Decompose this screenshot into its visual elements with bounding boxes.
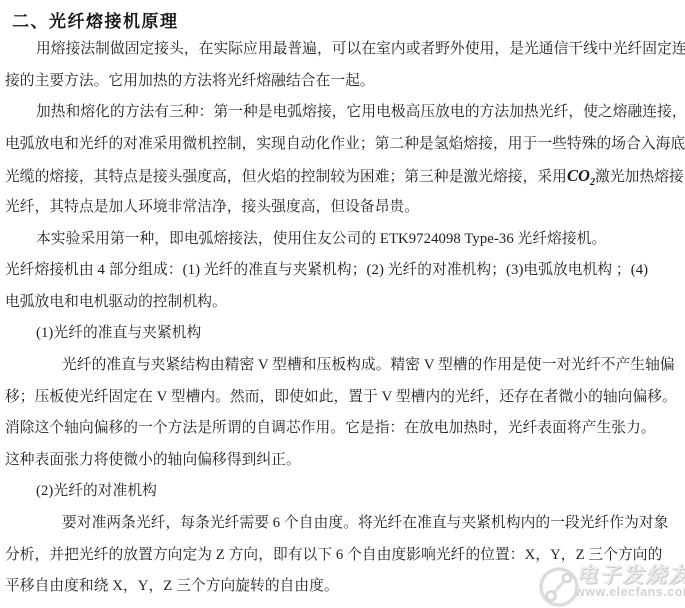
text-line: 移；压板使光纤固定在 V 型槽内。然而，即使如此，置于 V 型槽内的光纤，还存在… — [5, 382, 685, 414]
text-line: 这种表面张力将使微小的轴向偏移得到纠正。 — [5, 445, 685, 477]
document-heading: 二、光纤熔接机原理 — [12, 7, 179, 32]
text-line: 分析，并把光纤的放置方向定为 Z 方向，即有以下 6 个自由度影响光纤的位置：X… — [5, 540, 685, 572]
formula-pre-text: 光缆的熔接，其特点是接头强度高，但火焰的控制较为困难；第三种是激光熔接，采用 — [5, 169, 567, 185]
text-line-subheading: (1)光纤的准直与夹紧机构 — [5, 318, 685, 350]
text-line: 光纤的准直与夹紧结构由精密 V 型槽和压板构成。精密 V 型槽的作用是使一对光纤… — [5, 350, 685, 382]
formula-post-text: 激光加热熔接 — [595, 169, 684, 185]
text-line: 加热和熔化的方法有三种：第一种是电弧熔接，它用电极高压放电的方法加热光纤，使之熔… — [5, 97, 685, 129]
text-line: 要对准两条光纤，每条光纤需要 6 个自由度。将光纤在准直与夹紧机构内的一段光纤作… — [5, 508, 685, 540]
text-line: 接的主要方法。它用加热的方法将光纤熔融结合在一起。 — [5, 66, 685, 98]
text-line: 本实验采用第一种，即电弧熔接法，使用住友公司的 ETK9724098 Type-… — [5, 224, 685, 256]
document-page: 二、光纤熔接机原理 用熔接法制做固定接头，在实际应用最普遍，可以在室内或者野外使… — [0, 0, 685, 608]
co2-formula: CO2 — [567, 166, 595, 185]
text-line-with-formula: 光缆的熔接，其特点是接头强度高，但火焰的控制较为困难；第三种是激光熔接，采用CO… — [5, 160, 685, 192]
text-line: 光纤熔接机由 4 部分组成：(1) 光纤的准直与夹紧机构；(2) 光纤的对准机构… — [5, 255, 685, 287]
text-line: 电弧放电和电机驱动的控制机构。 — [5, 287, 685, 319]
text-line-subheading: (2)光纤的对准机构 — [5, 476, 685, 508]
text-line: 用熔接法制做固定接头，在实际应用最普遍，可以在室内或者野外使用，是光通信干线中光… — [5, 34, 685, 66]
text-line: 电弧放电和光纤的对准采用微机控制，实现自动化作业；第二种是氢焰熔接，用于一些特殊… — [5, 129, 685, 161]
text-line: 光纤，其特点是加人环境非常洁净，接头强度高，但设备昂贵。 — [5, 192, 685, 224]
text-line: 消除这个轴向偏移的一个方法是所谓的自调芯作用。它是指：在放电加热时，光纤表面将产… — [5, 413, 685, 445]
text-line: 平移自由度和绕 X，Y，Z 三个方向旋转的自由度。 — [5, 571, 685, 603]
document-body: 用熔接法制做固定接头，在实际应用最普遍，可以在室内或者野外使用，是光通信干线中光… — [5, 34, 685, 603]
